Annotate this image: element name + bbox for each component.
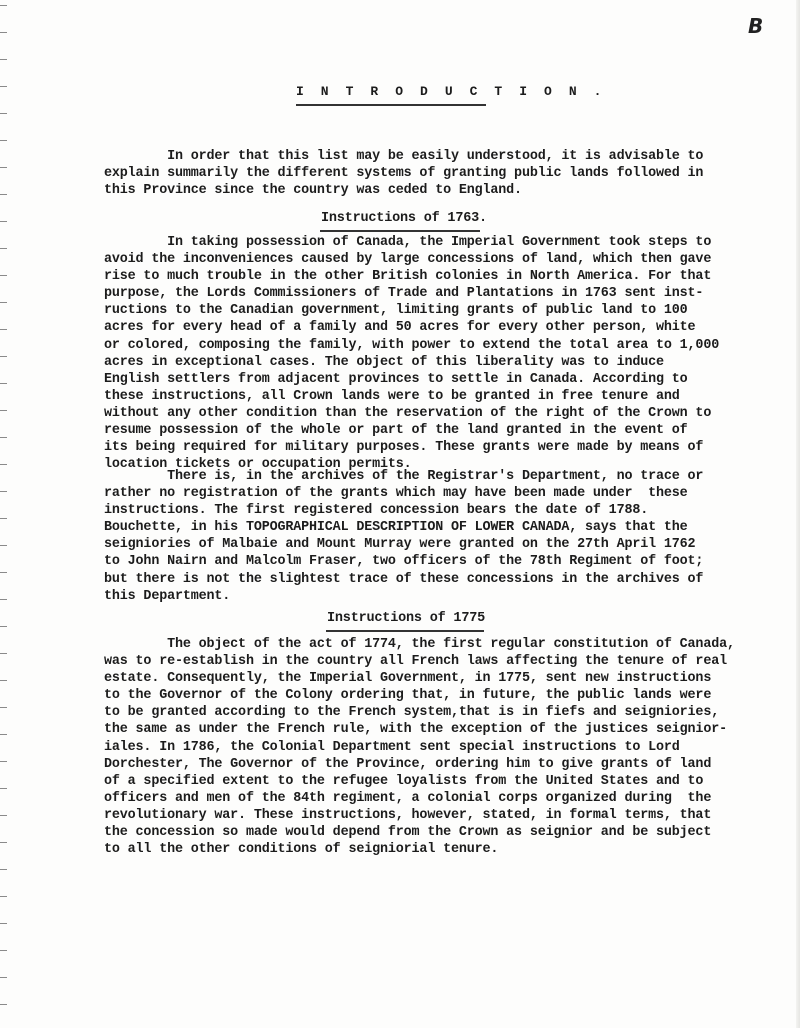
text-line: acres for every head of a family and 50 … [104,319,744,336]
text-line: In taking possession of Canada, the Impe… [104,234,744,251]
document-page: B I N T R O D U C T I O N . In order tha… [0,0,800,1028]
text-line: resume possession of the whole or part o… [104,422,744,439]
text-line: this Department. [104,588,744,605]
text-line: ructions to the Canadian government, lim… [104,302,744,319]
text-line: to the Governor of the Colony ordering t… [104,687,744,704]
section-heading-1775: Instructions of 1775 [327,611,485,626]
text-line: In order that this list may be easily un… [104,148,744,165]
text-line: its being required for military purposes… [104,439,744,456]
text-line: estate. Consequently, the Imperial Gover… [104,670,744,687]
text-line: revolutionary war. These instructions, h… [104,807,744,824]
text-line: was to re-establish in the country all F… [104,653,744,670]
title-underline [296,104,486,106]
section-1775-paragraph-1: The object of the act of 1774, the first… [104,636,744,858]
text-line: acres in exceptional cases. The object o… [104,354,744,371]
section-1763-paragraph-2: There is, in the archives of the Registr… [104,468,744,605]
text-line: or colored, composing the family, with p… [104,337,744,354]
text-line: to John Nairn and Malcolm Fraser, two of… [104,553,744,570]
text-line: this Province since the country was cede… [104,182,744,199]
text-line: of a specified extent to the refugee loy… [104,773,744,790]
text-line: the concession so made would depend from… [104,824,744,841]
text-line: explain summarily the different systems … [104,165,744,182]
text-line: There is, in the archives of the Registr… [104,468,744,485]
text-line: rather no registration of the grants whi… [104,485,744,502]
heading-underline [326,630,484,632]
text-line: The object of the act of 1774, the first… [104,636,744,653]
text-line: English settlers from adjacent provinces… [104,371,744,388]
text-line: officers and men of the 84th regiment, a… [104,790,744,807]
text-line: to be granted according to the French sy… [104,704,744,721]
text-line: Dorchester, The Governor of the Province… [104,756,744,773]
text-line: iales. In 1786, the Colonial Department … [104,739,744,756]
intro-paragraph: In order that this list may be easily un… [104,148,744,199]
text-line: but there is not the slightest trace of … [104,571,744,588]
heading-underline [320,230,480,232]
text-line: seigniories of Malbaie and Mount Murray … [104,536,744,553]
section-1763-paragraph-1: In taking possession of Canada, the Impe… [104,234,744,473]
text-line: these instructions, all Crown lands were… [104,388,744,405]
text-line: without any other condition than the res… [104,405,744,422]
page-edge-shadow [796,0,800,1028]
text-line: instructions. The first registered conce… [104,502,744,519]
text-line: rise to much trouble in the other Britis… [104,268,744,285]
section-heading-1763: Instructions of 1763. [321,211,487,226]
page-title: I N T R O D U C T I O N . [296,84,606,99]
text-line: purpose, the Lords Commissioners of Trad… [104,285,744,302]
text-line: avoid the inconveniences caused by large… [104,251,744,268]
text-line: Bouchette, in his TOPOGRAPHICAL DESCRIPT… [104,519,744,536]
left-margin-ticks [0,0,10,1028]
page-marker: B [748,14,763,38]
text-line: the same as under the French rule, with … [104,721,744,738]
text-line: to all the other conditions of seigniori… [104,841,744,858]
